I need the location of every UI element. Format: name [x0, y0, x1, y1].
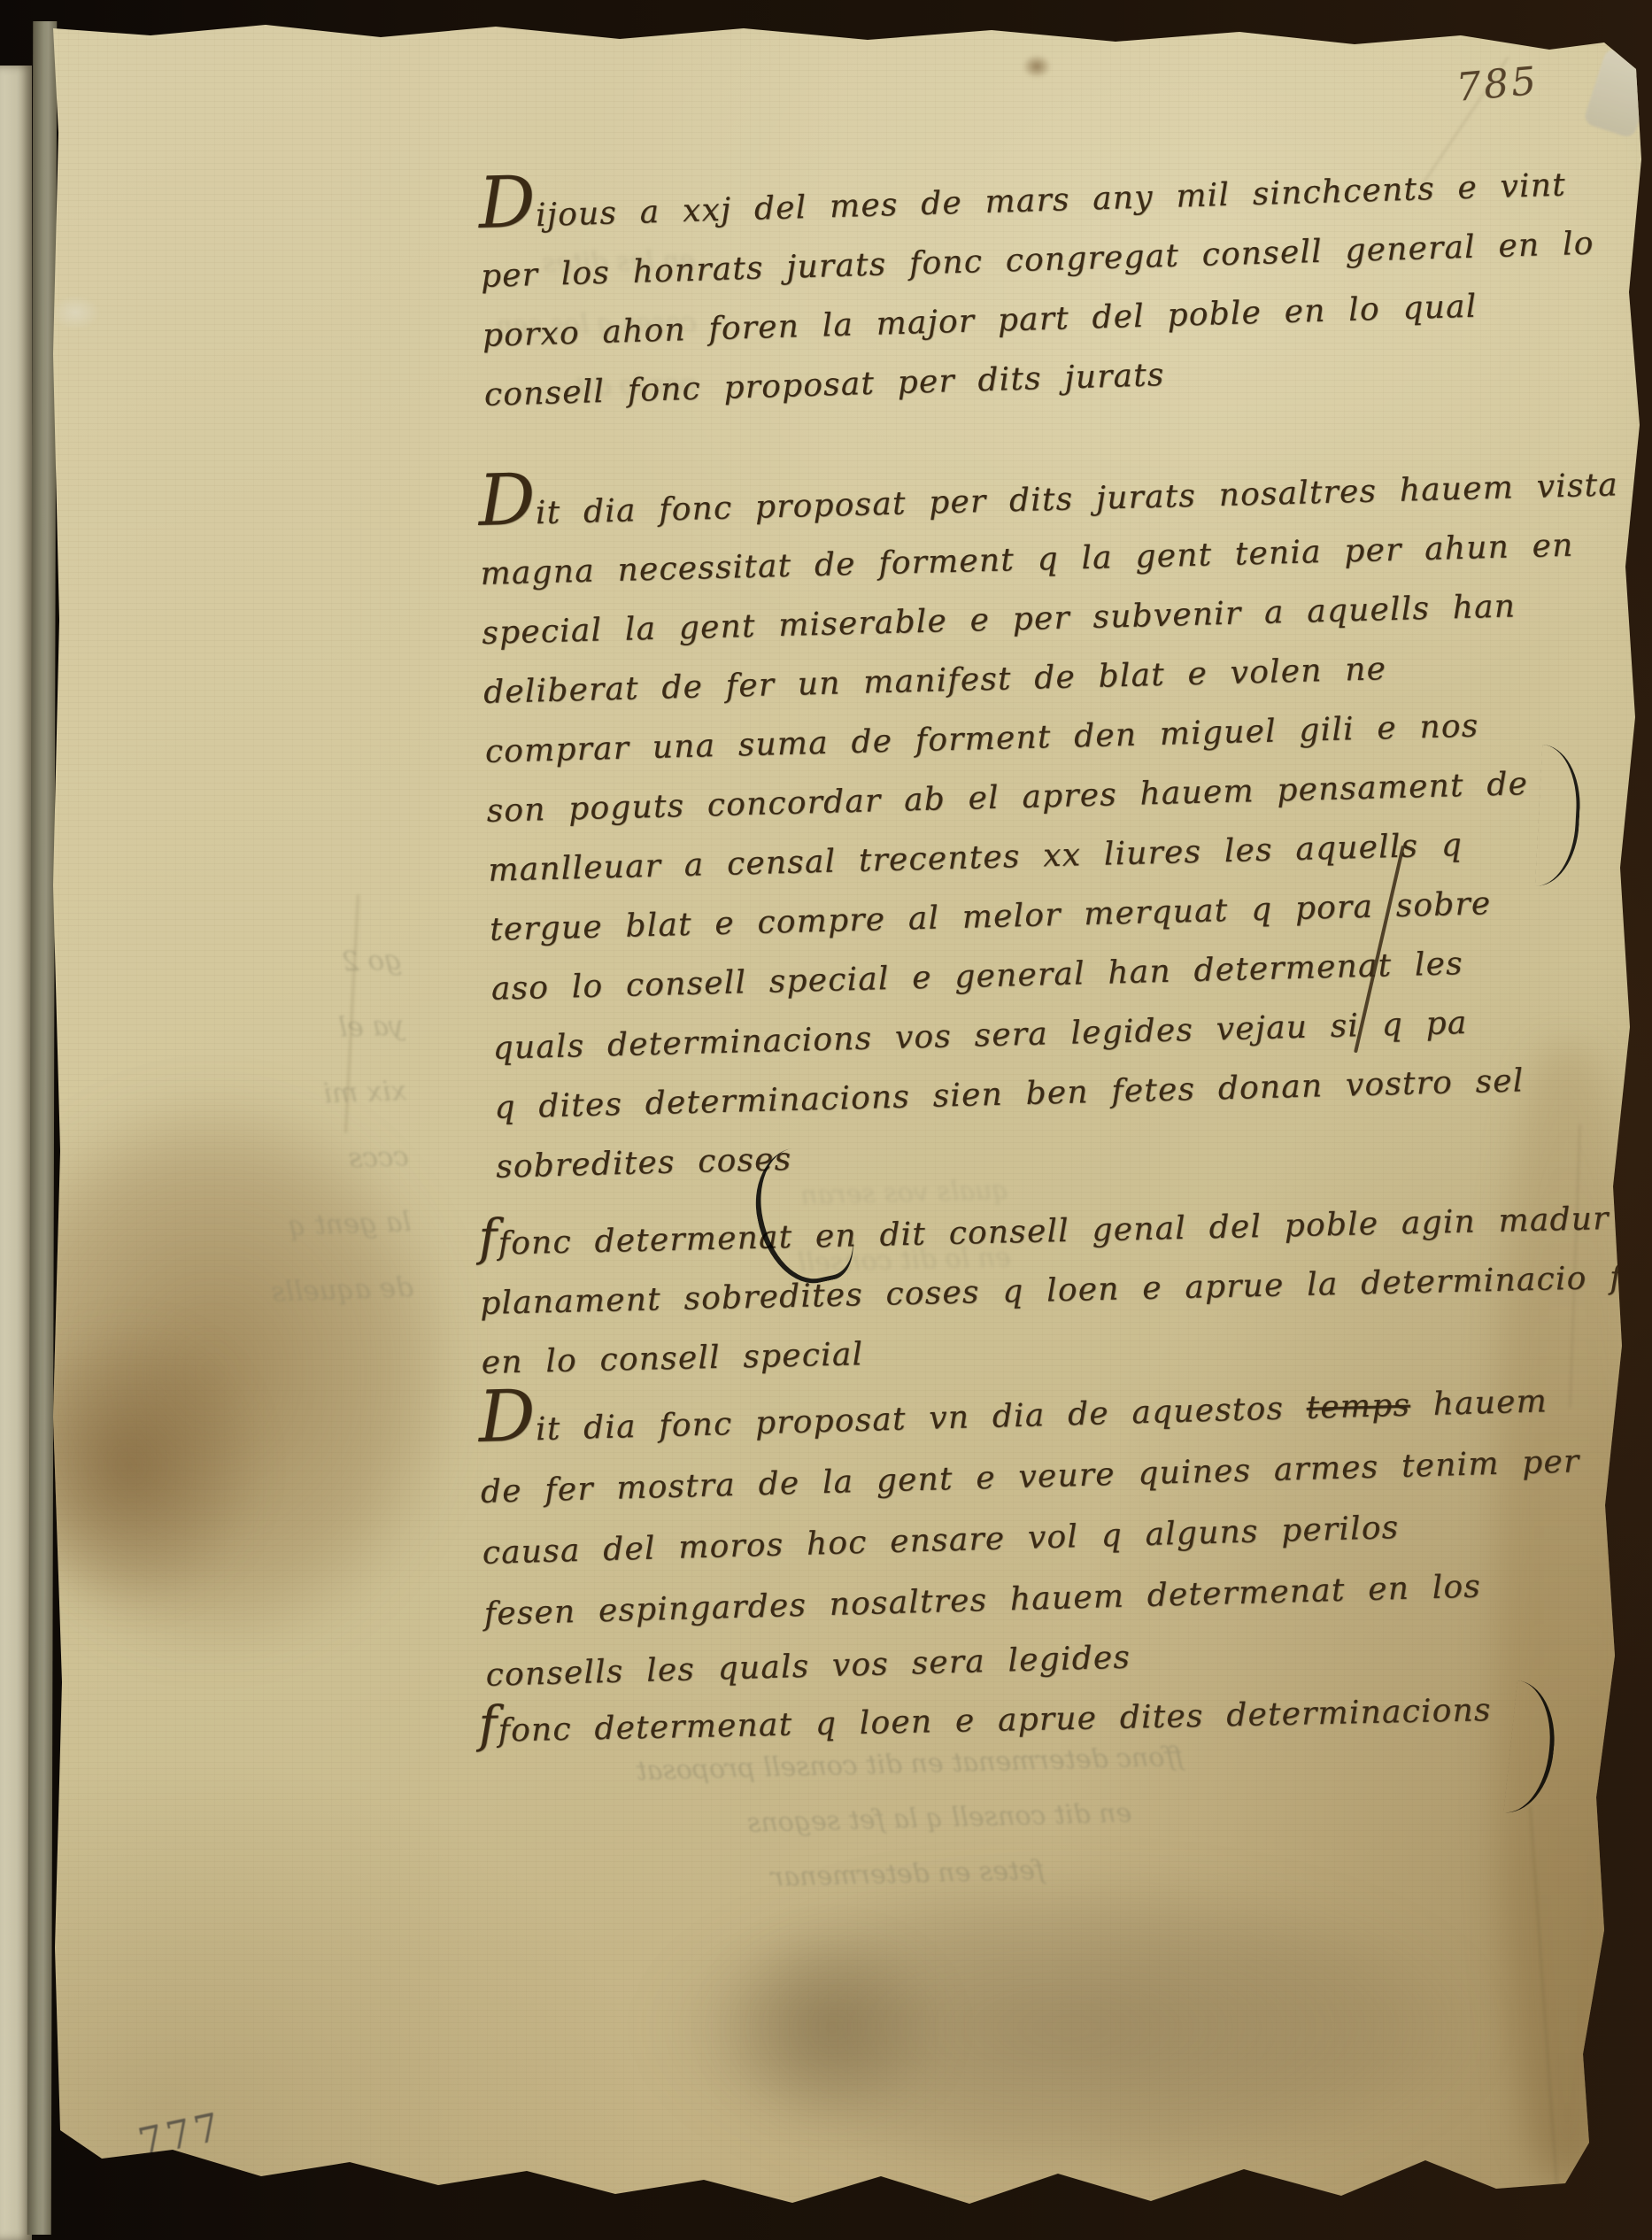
- page-edge-shading: [0, 0, 1652, 2240]
- facing-page-edge: [0, 66, 32, 2240]
- binding-gutter: [27, 21, 58, 2235]
- manuscript-page: en les dites coses q los sen per lo dit …: [0, 0, 1652, 2240]
